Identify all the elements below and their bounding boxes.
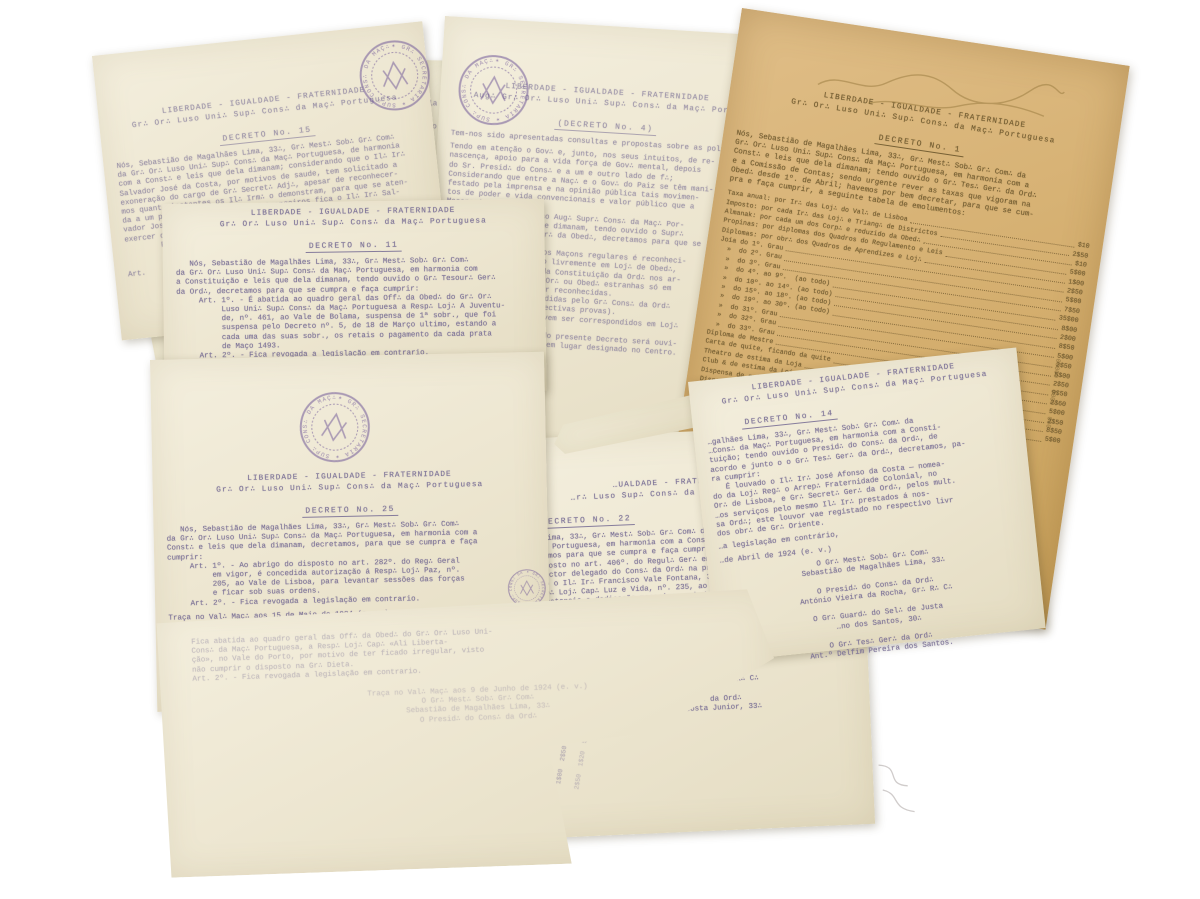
photograph-of-documents: lado4.íaos— ✶ GR∴ SECRETARIA ✶ SUP∴ CONS… [0, 0, 1200, 899]
doc-title: DECRETO No. 25 [302, 505, 398, 518]
doc-title: DECRETO No. 11 [306, 241, 402, 253]
fee-value: 5$00 [1044, 435, 1061, 447]
svg-text:✶ GR∴ SECRETARIA ✶ SUP∴ CONS∴: ✶ GR∴ SECRETARIA ✶ SUP∴ CONS∴ DA MAÇ∴ PO… [294, 386, 373, 464]
svg-text:✶ GR∴ SECRETARIA ✶ SUP∴ CONS∴: ✶ GR∴ SECRETARIA ✶ SUP∴ CONS∴ DA MAÇ∴ PO… [354, 35, 431, 113]
doc-body: Nós, Sebastião de Magalhães Lima, 33∴, G… [166, 519, 536, 609]
masonic-ink-stamp: ✶ GR∴ SECRETARIA ✶ SUP∴ CONS∴ DA MAÇ∴ PO… [293, 386, 376, 473]
doc-title: DECRETO No. 22 [538, 514, 634, 529]
masonic-ink-stamp: ✶ GR∴ SECRETARIA ✶ SUP∴ CONS∴ DA MAÇ∴ PO… [354, 35, 436, 121]
masonic-ink-stamp: ✶ GR∴ SECRETARIA ✶ SUP∴ CONS∴ DA MAÇ∴ PO… [454, 51, 533, 134]
doc-body: Nós, Sebastião de Magalhães Lima, 33∴, G… [176, 256, 533, 362]
doc-title: (DECRETO No. 4) [554, 119, 656, 136]
